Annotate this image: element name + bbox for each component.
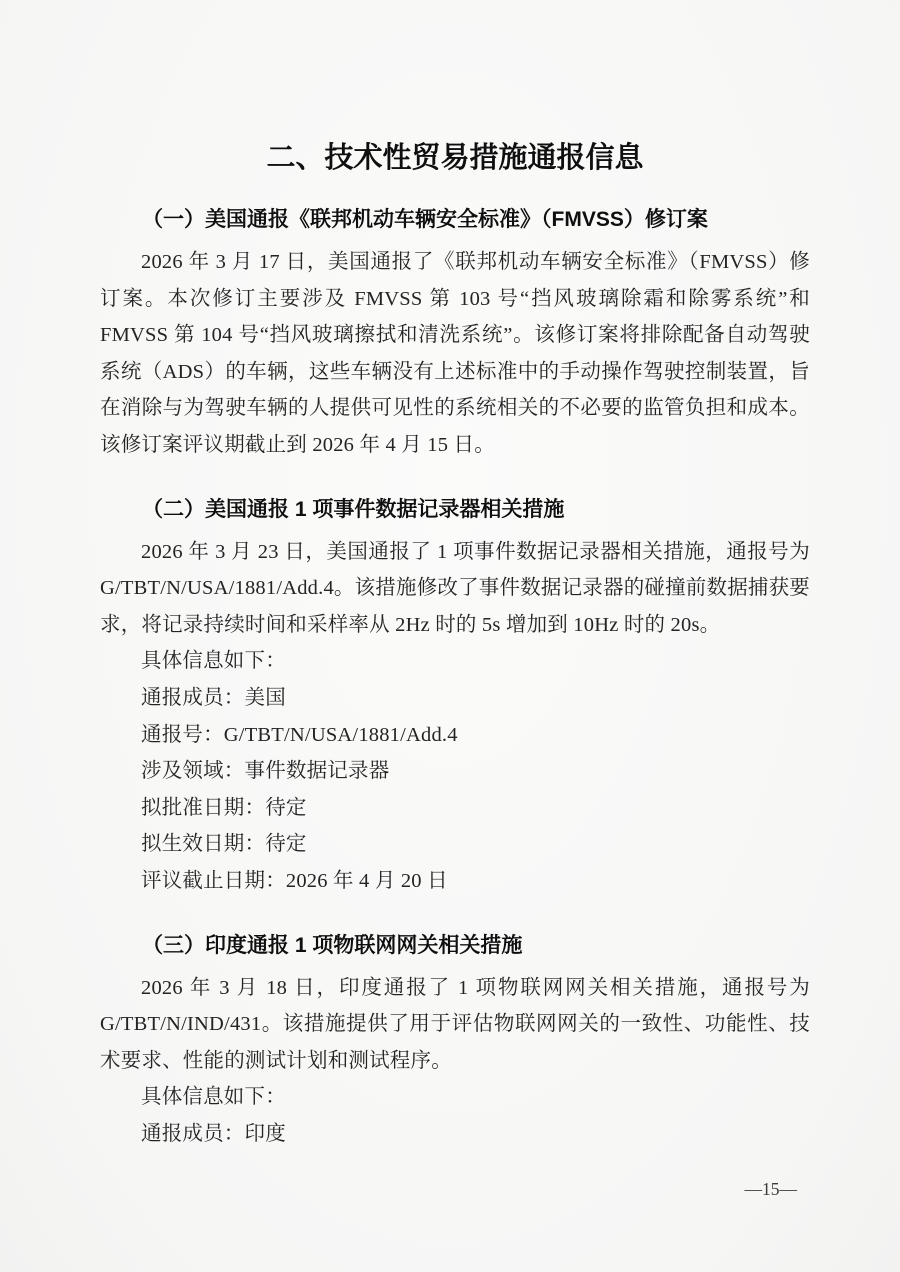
page-number: —15—: [745, 1178, 798, 1200]
section-2: （二）美国通报 1 项事件数据记录器相关措施 2026 年 3 月 23 日，美…: [100, 492, 810, 900]
section-2-detail-comment-deadline: 评议截止日期：2026 年 4 月 20 日: [100, 863, 810, 900]
section-2-detail-effective-date: 拟生效日期：待定: [100, 826, 810, 863]
section-1: （一）美国通报《联邦机动车辆安全标准》（FMVSS）修订案 2026 年 3 月…: [100, 202, 810, 464]
section-3-detail-member: 通报成员：印度: [100, 1116, 810, 1153]
section-2-detail-notification-number: 通报号：G/TBT/N/USA/1881/Add.4: [100, 717, 810, 754]
section-2-heading: （二）美国通报 1 项事件数据记录器相关措施: [100, 492, 810, 528]
section-3: （三）印度通报 1 项物联网网关相关措施 2026 年 3 月 18 日，印度通…: [100, 928, 810, 1153]
section-2-detail-field: 涉及领域：事件数据记录器: [100, 753, 810, 790]
section-3-paragraph: 2026 年 3 月 18 日，印度通报了 1 项物联网网关相关措施，通报号为 …: [100, 970, 810, 1080]
document-page: 二、技术性贸易措施通报信息 （一）美国通报《联邦机动车辆安全标准》（FMVSS）…: [0, 0, 900, 1272]
section-1-heading: （一）美国通报《联邦机动车辆安全标准》（FMVSS）修订案: [100, 202, 810, 238]
section-2-detail-intro: 具体信息如下：: [100, 643, 810, 680]
section-2-detail-approval-date: 拟批准日期：待定: [100, 790, 810, 827]
section-2-paragraph: 2026 年 3 月 23 日，美国通报了 1 项事件数据记录器相关措施，通报号…: [100, 534, 810, 644]
page-title: 二、技术性贸易措施通报信息: [100, 138, 810, 178]
section-1-paragraph: 2026 年 3 月 17 日，美国通报了《联邦机动车辆安全标准》（FMVSS）…: [100, 244, 810, 464]
section-3-heading: （三）印度通报 1 项物联网网关相关措施: [100, 928, 810, 964]
section-3-detail-intro: 具体信息如下：: [100, 1079, 810, 1116]
section-2-detail-member: 通报成员：美国: [100, 680, 810, 717]
